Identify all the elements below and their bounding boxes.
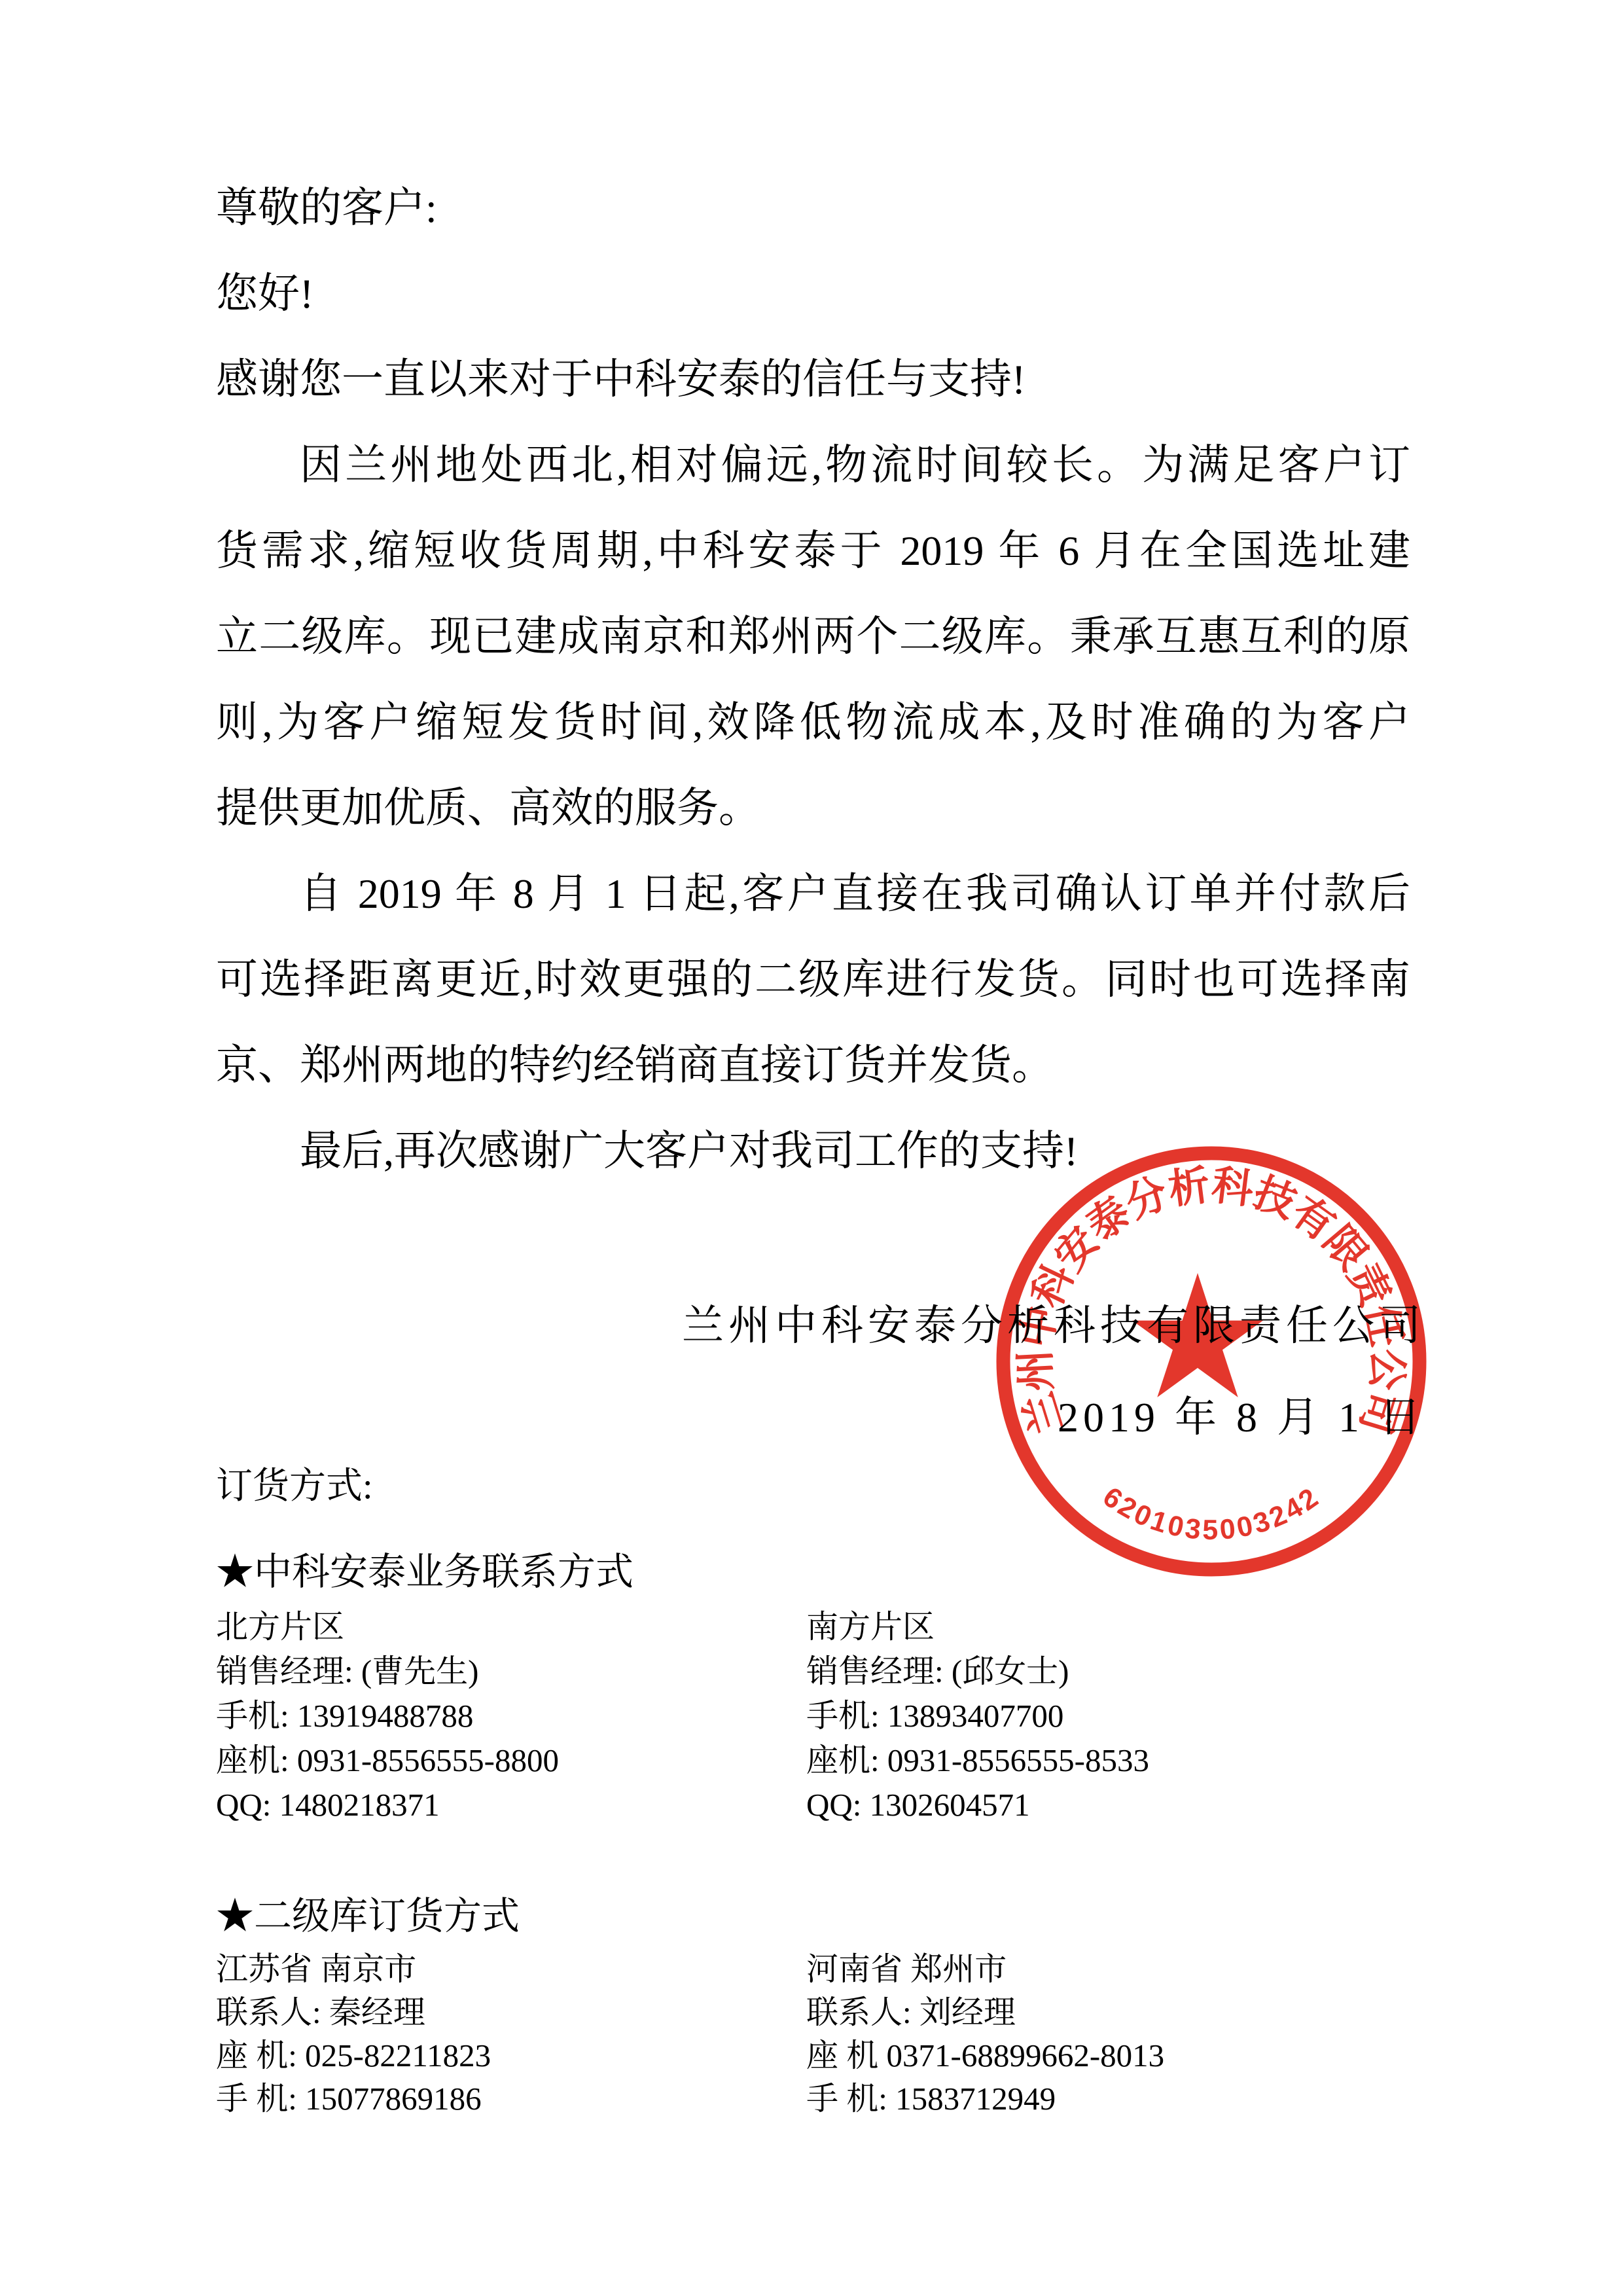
mobile-line: 手机: 13919488788 [216, 1694, 559, 1738]
signature-company: 兰州中科安泰分析科技有限责任公司 [682, 1280, 1425, 1372]
letter-page: 尊敬的客户: 您好! 感谢您一直以来对于中科安泰的信任与支持! 因兰州地处西北,… [0, 0, 1623, 2296]
region-label: 河南省 郑州市 [806, 1948, 1164, 1991]
letter-line: 因兰州地处西北,相对偏远,物流时间较长。为满足客户订 [216, 422, 1410, 508]
order-method-title: 订货方式: [216, 1457, 373, 1509]
qq-line: QQ: 1302604571 [806, 1783, 1149, 1827]
mobile-line: 手 机: 15077869186 [216, 2077, 491, 2121]
contact-line: 联系人: 刘经理 [806, 1991, 1164, 2034]
landline-line: 座 机: 025-82211823 [216, 2034, 491, 2077]
region-label: 南方片区 [806, 1605, 1149, 1649]
letter-line: 您好! [216, 251, 1410, 336]
letter-line: 最后,再次感谢广大客户对我司工作的支持! [216, 1108, 1410, 1194]
region-label: 北方片区 [216, 1605, 559, 1649]
contact-block-north: 北方片区 销售经理: (曹先生) 手机: 13919488788 座机: 093… [216, 1605, 559, 1827]
letter-line: 立二级库。现已建成南京和郑州两个二级库。秉承互惠互利的原 [216, 594, 1410, 679]
letter-line: 自 2019 年 8 月 1 日起,客户直接在我司确认订单并付款后 [216, 851, 1410, 937]
letter-line: 感谢您一直以来对于中科安泰的信任与支持! [216, 336, 1410, 422]
letter-line: 可选择距离更近,时效更强的二级库进行发货。同时也可选择南 [216, 937, 1410, 1022]
letter-line: 提供更加优质、高效的服务。 [216, 765, 1410, 851]
signature-block: 兰州中科安泰分析科技有限责任公司 2019 年 8 月 1 日 [682, 1280, 1425, 1463]
contact-block-nanjing: 江苏省 南京市 联系人: 秦经理 座 机: 025-82211823 手 机: … [216, 1948, 491, 2121]
letter-line: 京、郑州两地的特约经销商直接订货并发货。 [216, 1022, 1410, 1108]
manager-line: 销售经理: (曹先生) [216, 1649, 559, 1694]
mobile-line: 手机: 13893407700 [806, 1694, 1149, 1738]
contact-line: 联系人: 秦经理 [216, 1991, 491, 2034]
contact-block-south: 南方片区 销售经理: (邱女士) 手机: 13893407700 座机: 093… [806, 1605, 1149, 1827]
stamp-serial-number: 6201035003242 [1097, 1481, 1323, 1546]
letter-line: 货需求,缩短收货周期,中科安泰于 2019 年 6 月在全国选址建 [216, 508, 1410, 594]
letter-body: 尊敬的客户: 您好! 感谢您一直以来对于中科安泰的信任与支持! 因兰州地处西北,… [216, 165, 1410, 1194]
letter-line: 则,为客户缩短发货时间,效降低物流成本,及时准确的为客户 [216, 679, 1410, 765]
warehouse-contacts-heading: ★二级库订货方式 [216, 1885, 520, 1940]
qq-line: QQ: 1480218371 [216, 1783, 559, 1827]
manager-line: 销售经理: (邱女士) [806, 1649, 1149, 1694]
letter-line: 尊敬的客户: [216, 165, 1410, 251]
primary-contacts-heading: ★中科安泰业务联系方式 [216, 1541, 633, 1596]
region-label: 江苏省 南京市 [216, 1948, 491, 1991]
landline-line: 座 机 0371-68899662-8013 [806, 2034, 1164, 2077]
landline-line: 座机: 0931-8556555-8533 [806, 1738, 1149, 1783]
signature-date: 2019 年 8 月 1 日 [682, 1372, 1425, 1463]
mobile-line: 手 机: 1583712949 [806, 2077, 1164, 2121]
landline-line: 座机: 0931-8556555-8800 [216, 1738, 559, 1783]
contact-block-zhengzhou: 河南省 郑州市 联系人: 刘经理 座 机 0371-68899662-8013 … [806, 1948, 1164, 2121]
